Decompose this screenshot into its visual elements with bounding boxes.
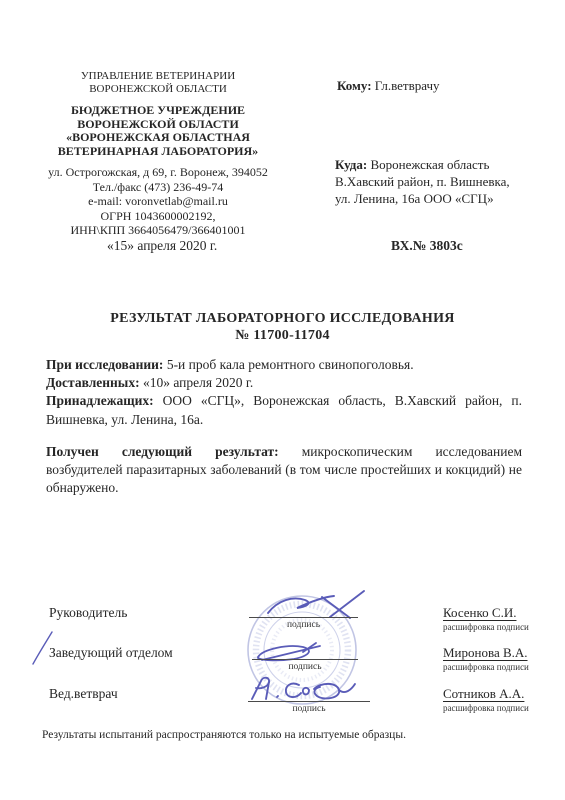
sample-details: При исследовании: 5-и проб кала ремонтно… [46, 356, 522, 429]
signature-line-2 [252, 659, 358, 660]
where-label: Куда: [335, 157, 367, 172]
signature-transcript-1: расшифровка подписи [443, 622, 529, 632]
delivered-label: Доставленных: [46, 375, 140, 390]
signature-name-1: Косенко С.И. [443, 605, 516, 621]
recipient-where: Куда: Воронежская область В.Хавский райо… [335, 156, 540, 207]
authority-name: УПРАВЛЕНИЕ ВЕТЕРИНАРИИ ВОРОНЕЖСКОЙ ОБЛАС… [40, 70, 276, 96]
authority-line-2: ВОРОНЕЖСКОЙ ОБЛАСТИ [40, 83, 276, 96]
result-paragraph: Получен следующий результат: микроскопич… [46, 443, 522, 498]
signature-transcript-3: расшифровка подписи [443, 703, 529, 713]
signature-scribble-1 [268, 591, 364, 618]
to-label: Кому: [337, 78, 372, 93]
title-line-1: РЕЗУЛЬТАТ ЛАБОРАТОРНОГО ИССЛЕДОВАНИЯ [0, 311, 565, 328]
research-value: 5-и проб кала ремонтного свинопоголовья. [167, 357, 414, 372]
signature-name-2: Миронова В.А. [443, 645, 528, 661]
where-line-3: ул. Ленина, 16а ООО «СГЦ» [335, 190, 540, 207]
signature-transcript-2: расшифровка подписи [443, 662, 529, 672]
signature-line-1 [249, 617, 358, 618]
ogrn-line: ОГРН 1043600002192, [40, 209, 276, 224]
belonging-paragraph: Принадлежащих: ООО «СГЦ», Воронежская об… [46, 392, 522, 428]
to-value: Гл.ветврачу [375, 78, 440, 93]
delivered-paragraph: Доставленных: «10» апреля 2020 г. [46, 374, 522, 392]
footer-note: Результаты испытаний распространяются то… [42, 729, 406, 741]
org-line-4: ВЕТЕРИНАРНАЯ ЛАБОРАТОРИЯ» [40, 145, 276, 159]
address-line: ул. Острогожская, д 69, г. Воронеж, 3940… [40, 165, 276, 180]
belonging-label: Принадлежащих: [46, 393, 154, 408]
document-title: РЕЗУЛЬТАТ ЛАБОРАТОРНОГО ИССЛЕДОВАНИЯ № 1… [0, 311, 565, 344]
org-line-1: БЮДЖЕТНОЕ УЧРЕЖДЕНИЕ [40, 104, 276, 118]
signature-scribble-2 [258, 643, 320, 660]
title-line-2: № 11700-11704 [0, 328, 565, 345]
signature-caption-3: подпись [248, 704, 370, 714]
research-paragraph: При исследовании: 5-и проб кала ремонтно… [46, 356, 522, 374]
signature-role-3: Вед.ветврач [49, 686, 118, 702]
research-label: При исследовании: [46, 357, 163, 372]
signature-name-3: Сотников А.А. [443, 686, 524, 702]
authority-line-1: УПРАВЛЕНИЕ ВЕТЕРИНАРИИ [40, 70, 276, 83]
signature-role-1: Руководитель [49, 605, 127, 621]
org-line-3: «ВОРОНЕЖСКАЯ ОБЛАСТНАЯ [40, 131, 276, 145]
signature-caption-2: подпись [252, 662, 358, 672]
recipient-to: Кому: Гл.ветврачу [337, 78, 440, 94]
signature-role-2: Заведующий отделом [49, 645, 173, 661]
result-label: Получен следующий результат: [46, 444, 279, 459]
where-line-1: Воронежская область [370, 157, 489, 172]
delivered-value: «10» апреля 2020 г. [143, 375, 253, 390]
inn-kpp-line: ИНН\КПП 3664056479/366401001 [40, 223, 276, 238]
phone-line: Тел./факс (473) 236-49-74 [40, 180, 276, 195]
incoming-number: ВХ.№ 3803с [391, 238, 463, 254]
organization-name: БЮДЖЕТНОЕ УЧРЕЖДЕНИЕ ВОРОНЕЖСКОЙ ОБЛАСТИ… [40, 104, 276, 158]
document-date: «15» апреля 2020 г. [107, 238, 217, 254]
organization-contacts: ул. Острогожская, д 69, г. Воронеж, 3940… [40, 165, 276, 238]
signature-caption-1: подпись [249, 620, 358, 630]
signature-scribble-3 [252, 678, 355, 699]
scanned-letter-page: УПРАВЛЕНИЕ ВЕТЕРИНАРИИ ВОРОНЕЖСКОЙ ОБЛАС… [0, 0, 565, 800]
org-line-2: ВОРОНЕЖСКОЙ ОБЛАСТИ [40, 118, 276, 132]
round-stamp-icon [248, 596, 356, 704]
letterhead-left: УПРАВЛЕНИЕ ВЕТЕРИНАРИИ ВОРОНЕЖСКОЙ ОБЛАС… [40, 70, 276, 238]
where-line-2: В.Хавский район, п. Вишневка, [335, 173, 540, 190]
result-statement: Получен следующий результат: микроскопич… [46, 443, 522, 498]
email-line: e-mail: voronvetlab@mail.ru [40, 194, 276, 209]
signature-line-3 [248, 701, 370, 702]
